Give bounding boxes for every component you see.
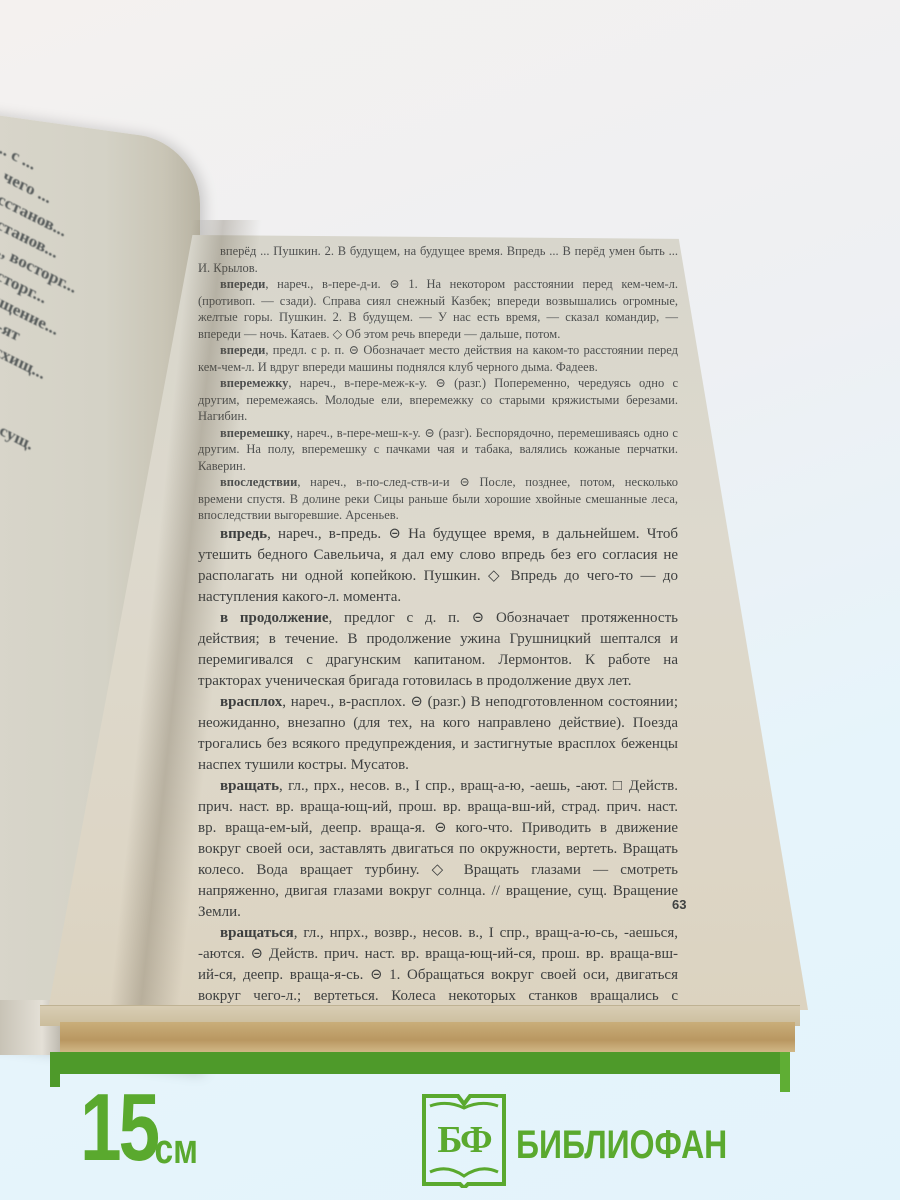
photo-scene: ... с ... ... чего ... Восстанов... Восс… [0, 0, 900, 1200]
dictionary-entry: врасплох, нареч., в-расплох. ⊝ (разг.) В… [198, 692, 678, 776]
dictionary-entry: в продолжение, предлог с д. п. ⊝ Обознач… [198, 608, 678, 692]
brand-logo-block: БФ БИБЛИОФАН [420, 1092, 780, 1188]
page-number: 63 [672, 897, 686, 912]
dictionary-entry: вперёд ... Пушкин. 2. В будущем, на буду… [198, 243, 678, 276]
brand-mark: БФ [420, 1118, 508, 1162]
size-unit: см [154, 1128, 198, 1170]
headword: вращаться [220, 925, 294, 941]
size-value: 15 [80, 1080, 157, 1176]
dictionary-entry: вперемежку, нареч., в-пере-меж-к-у. ⊝ (р… [198, 375, 678, 425]
dictionary-text-lower: впредь, нареч., в-предь. ⊝ На будущее вр… [198, 524, 678, 1028]
size-ruler-tick-right [780, 1052, 790, 1092]
size-label: 15 см [80, 1080, 203, 1176]
brand-name: БИБЛИОФАН [516, 1123, 727, 1168]
dictionary-entry: впереди, предл. с р. п. ⊝ Обозначает мес… [198, 342, 678, 375]
dictionary-entry: вперемешку, нареч., в-пере-меш-к-у. ⊝ (р… [198, 425, 678, 475]
headword: врасплох [220, 694, 282, 710]
headword: в продолжение [220, 610, 329, 626]
dictionary-entry: впредь, нареч., в-предь. ⊝ На будущее вр… [198, 524, 678, 608]
cover-edge [60, 1022, 795, 1052]
dictionary-entry: вращать, гл., прх., несов. в., I спр., в… [198, 776, 678, 923]
dictionary-entry: впоследствии, нареч., в-по-след-ств-и-и … [198, 474, 678, 524]
headword: вращать [220, 778, 279, 794]
book-logo-icon: БФ [420, 1092, 508, 1188]
dictionary-entry: впереди, нареч., в-пере-д-и. ⊝ 1. На нек… [198, 276, 678, 342]
size-ruler-bar [50, 1052, 790, 1074]
size-ruler-tick-left [50, 1052, 60, 1087]
dictionary-text: вперёд ... Пушкин. 2. В будущем, на буду… [198, 243, 678, 1028]
